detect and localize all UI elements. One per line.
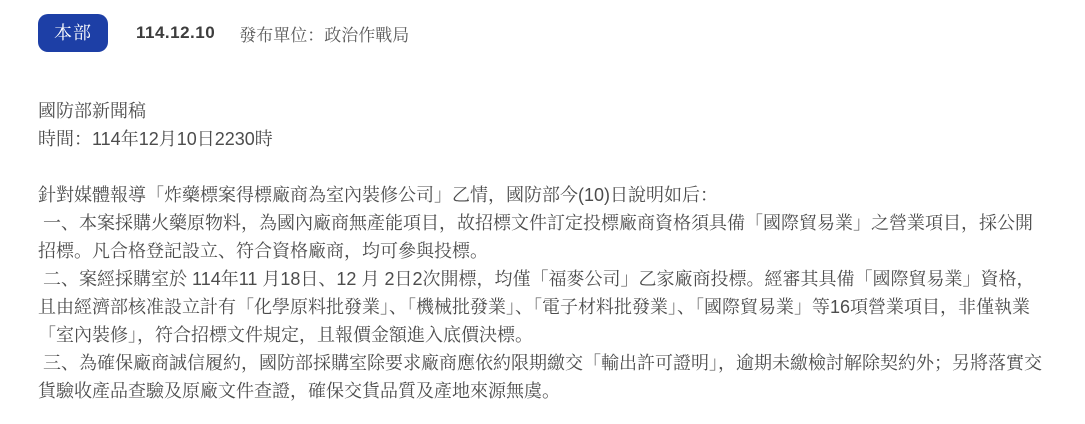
press-release-page: 本部 114.12.10 發布單位：政治作戰局 國防部新聞稿 時間：114年12… <box>0 0 1085 424</box>
publisher-unit: 發布單位：政治作戰局 <box>239 21 409 46</box>
item-paragraph-3: 三、為確保廠商誠信履約，國防部採購室除要求廠商應依約限期繳交「輸出許可證明」，逾… <box>38 349 1048 405</box>
item-paragraph-2: 二、案經採購室於 114年11 月18日、12 月 2日2次開標，均僅「福麥公司… <box>38 265 1048 349</box>
intro-paragraph: 針對媒體報導「炸藥標案得標廠商為室內裝修公司」乙情，國防部今(10)日說明如后： <box>38 181 1048 209</box>
document-title: 國防部新聞稿 <box>38 97 1048 125</box>
document-time: 時間：114年12月10日2230時 <box>38 125 1048 153</box>
release-date: 114.12.10 <box>136 23 215 43</box>
item-paragraph-1: 一、本案採購火藥原物料，為國內廠商無產能項目，故招標文件訂定投標廠商資格須具備「… <box>38 209 1048 265</box>
press-release-header: 本部 114.12.10 發布單位：政治作戰局 <box>0 0 1085 52</box>
category-badge[interactable]: 本部 <box>38 14 108 52</box>
press-release-body: 國防部新聞稿 時間：114年12月10日2230時 針對媒體報導「炸藥標案得標廠… <box>38 97 1048 405</box>
